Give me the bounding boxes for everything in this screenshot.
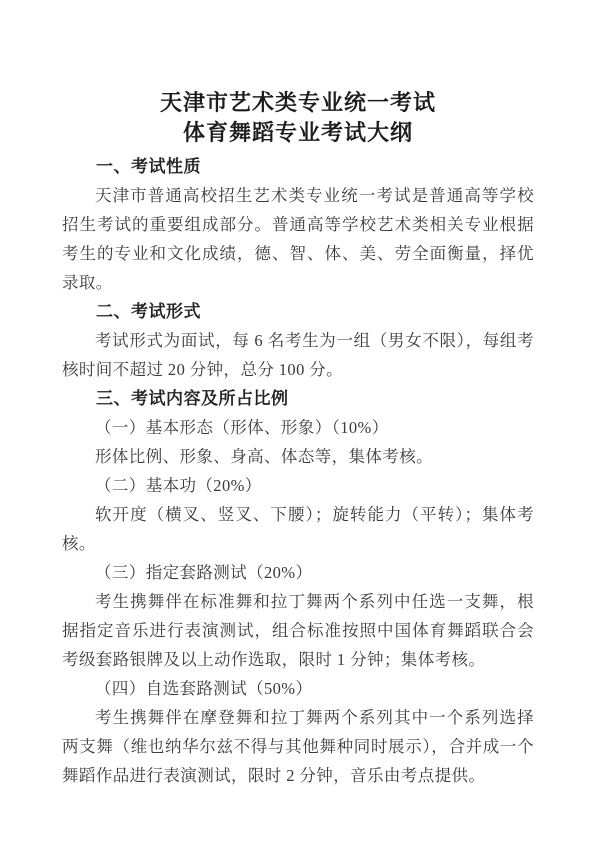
document-title-line-1: 天津市艺术类专业统一考试	[62, 88, 534, 118]
subsection-3-heading: （三）指定套路测试（20%）	[62, 558, 534, 587]
document-title-line-2: 体育舞蹈专业考试大纲	[62, 118, 534, 148]
section-1-heading: 一、考试性质	[62, 152, 534, 181]
document-page: 天津市艺术类专业统一考试 体育舞蹈专业考试大纲 一、考试性质 天津市普通高校招生…	[0, 0, 600, 848]
subsection-1-heading: （一）基本形态（形体、形象）（10%）	[62, 413, 534, 442]
subsection-4-body: 考生携舞伴在摩登舞和拉丁舞两个系列其中一个系列选择两支舞（维也纳华尔兹不得与其他…	[62, 703, 534, 790]
subsection-1-body: 形体比例、形象、身高、体态等，集体考核。	[62, 442, 534, 471]
document-title: 天津市艺术类专业统一考试 体育舞蹈专业考试大纲	[62, 88, 534, 148]
section-1-paragraph: 天津市普通高校招生艺术类专业统一考试是普通高等学校招生考试的重要组成部分。普通高…	[62, 181, 534, 297]
subsection-4-heading: （四）自选套路测试（50%）	[62, 674, 534, 703]
subsection-3-body: 考生携舞伴在标准舞和拉丁舞两个系列中任选一支舞，根据指定音乐进行表演测试，组合标…	[62, 587, 534, 674]
section-3-heading: 三、考试内容及所占比例	[62, 384, 534, 413]
section-2-heading: 二、考试形式	[62, 297, 534, 326]
subsection-2-body: 软开度（横叉、竖叉、下腰）；旋转能力（平转）；集体考核。	[62, 500, 534, 558]
section-2-paragraph: 考试形式为面试，每 6 名考生为一组（男女不限），每组考核时间不超过 20 分钟…	[62, 326, 534, 384]
subsection-2-heading: （二）基本功（20%）	[62, 471, 534, 500]
